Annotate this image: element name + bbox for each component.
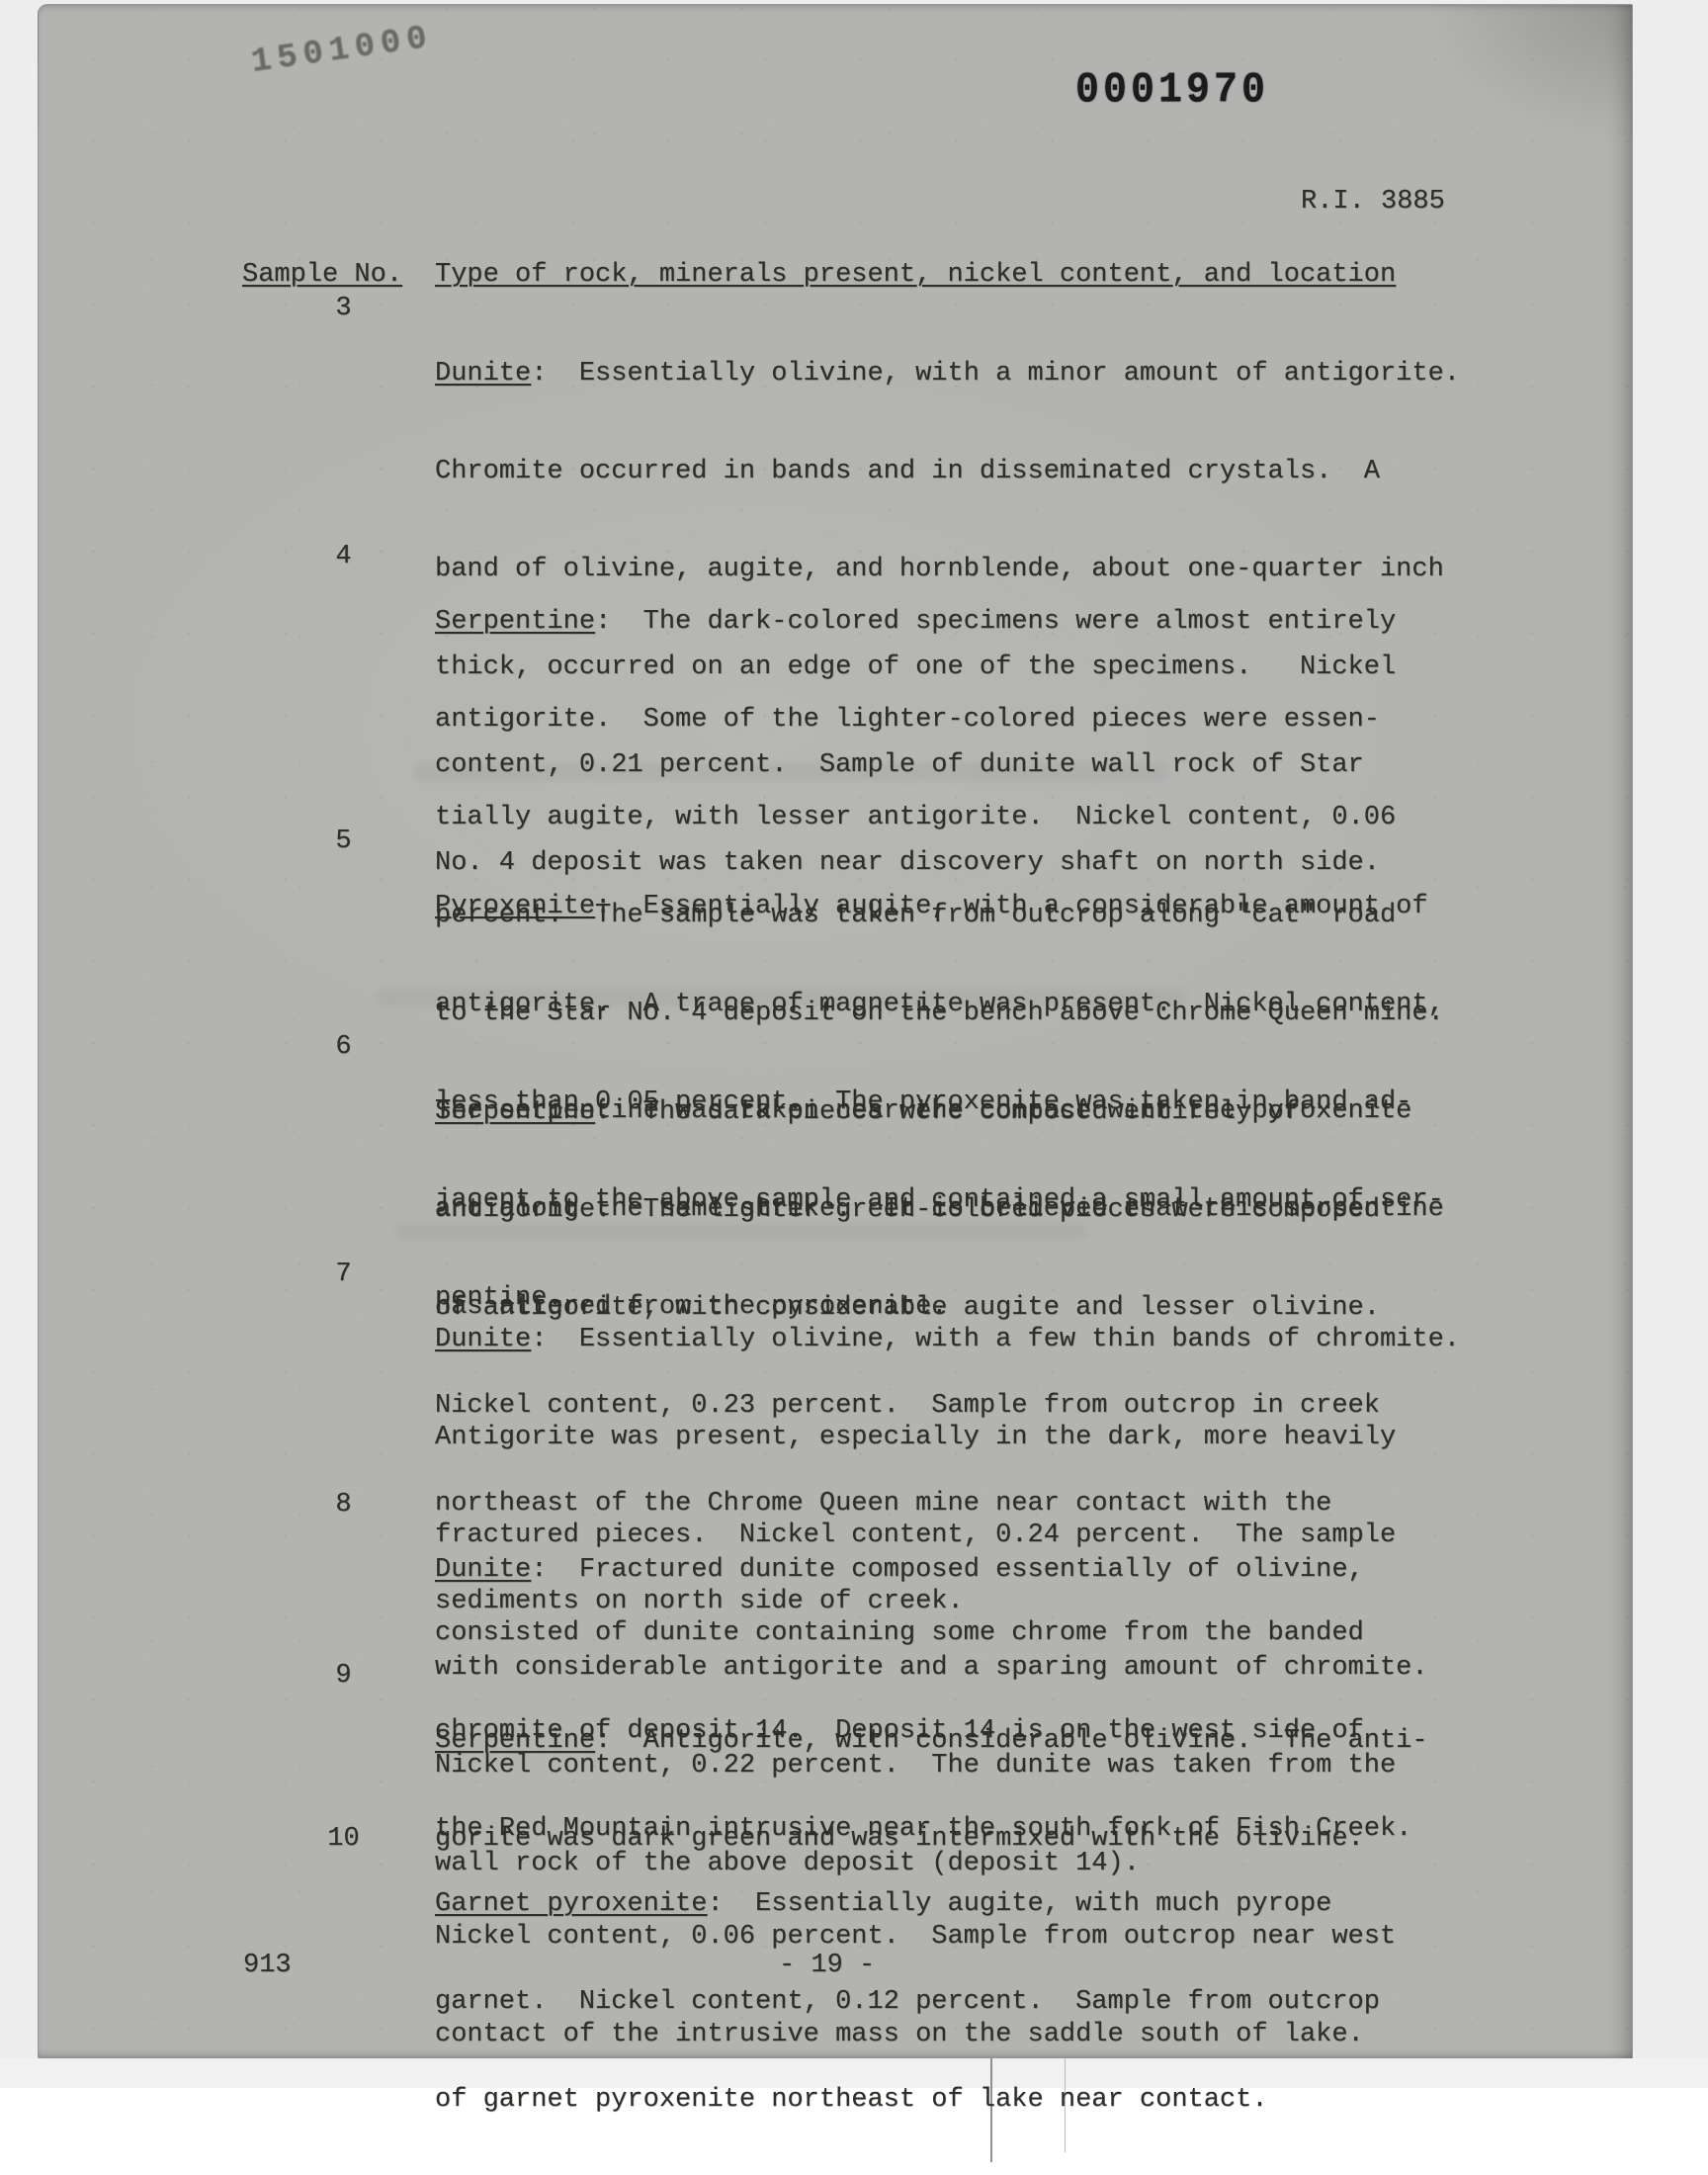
description-line: Dunite: Essentially olivine, with a few …: [435, 1324, 1460, 1356]
rock-type-label: Serpentine: [435, 607, 595, 637]
description-line: Serpentine: The dark pieces were compose…: [435, 1096, 1380, 1129]
sample-number: 8: [287, 1489, 400, 1522]
sample-number: 6: [287, 1031, 400, 1064]
description-line: Antigorite was present, especially in th…: [435, 1422, 1460, 1454]
rock-type-label: Dunite: [435, 1555, 531, 1585]
description-line: Serpentine: The dark-colored specimens w…: [435, 606, 1444, 639]
description-line: of garnet pyroxenite northeast of lake n…: [435, 2084, 1380, 2117]
description-line: Dunite: Fractured dunite composed essent…: [435, 1554, 1428, 1587]
description-line: antigorite. The lighter green-colored pi…: [435, 1194, 1380, 1227]
serial-number-stamp: 0001970: [1075, 67, 1269, 116]
col-header-sample-no: Sample No.: [242, 259, 402, 292]
sample-number: 5: [287, 826, 400, 858]
sample-number: 9: [287, 1660, 400, 1693]
rock-type-label: Pyroxenite: [435, 892, 595, 921]
rock-type-label: Serpentine: [435, 1726, 595, 1756]
description-line: garnet. Nickel content, 0.12 percent. Sa…: [435, 1986, 1380, 2019]
description-line: antigorite. A trace of magnetite was pre…: [435, 989, 1444, 1021]
description-text: : Antigorite, with considerable olivine.…: [595, 1726, 1428, 1756]
rock-type-label: Serpentine: [435, 1097, 595, 1127]
sample-number: 7: [287, 1259, 400, 1291]
sample-description: Garnet pyroxenite: Essentially augite, w…: [435, 1823, 1380, 2175]
footer-page-number: - 19 -: [779, 1950, 875, 1982]
description-text: : Essentially augite, with a considerabl…: [595, 892, 1428, 921]
rock-type-label: Dunite: [435, 359, 531, 389]
description-text: : Essentially augite, with much pyrope: [707, 1889, 1331, 1919]
description-text: : Essentially olivine, with a minor amou…: [531, 359, 1460, 389]
rock-type-label: Garnet pyroxenite: [435, 1889, 707, 1919]
description-line: Pyroxenite: Essentially augite, with a c…: [435, 891, 1444, 923]
description-line: Dunite: Essentially olivine, with a mino…: [435, 358, 1460, 391]
description-line: Garnet pyroxenite: Essentially augite, w…: [435, 1888, 1380, 1921]
description-line: antigorite. Some of the lighter-colored …: [435, 704, 1444, 737]
description-line: Chromite occurred in bands and in dissem…: [435, 456, 1460, 488]
col-header-description: Type of rock, minerals present, nickel c…: [435, 259, 1396, 292]
sample-number: 4: [287, 541, 400, 573]
report-id: R.I. 3885: [1301, 186, 1445, 218]
scanned-page-background: { "colors":{"paper":"#b3b3b1","ink":"#2e…: [0, 0, 1708, 2175]
rock-type-label: Dunite: [435, 1325, 531, 1354]
sample-number: 3: [287, 293, 400, 325]
description-text: : The dark-colored specimens were almost…: [595, 607, 1396, 637]
description-text: : Essentially olivine, with a few thin b…: [531, 1325, 1460, 1354]
description-text: : Fractured dunite composed essentially …: [531, 1555, 1364, 1585]
description-text: : The dark pieces were composed entirely…: [595, 1097, 1300, 1127]
description-line: Serpentine: Antigorite, with considerabl…: [435, 1725, 1428, 1758]
footer-doc-number: 913: [243, 1950, 292, 1982]
sample-number: 10: [287, 1823, 400, 1856]
